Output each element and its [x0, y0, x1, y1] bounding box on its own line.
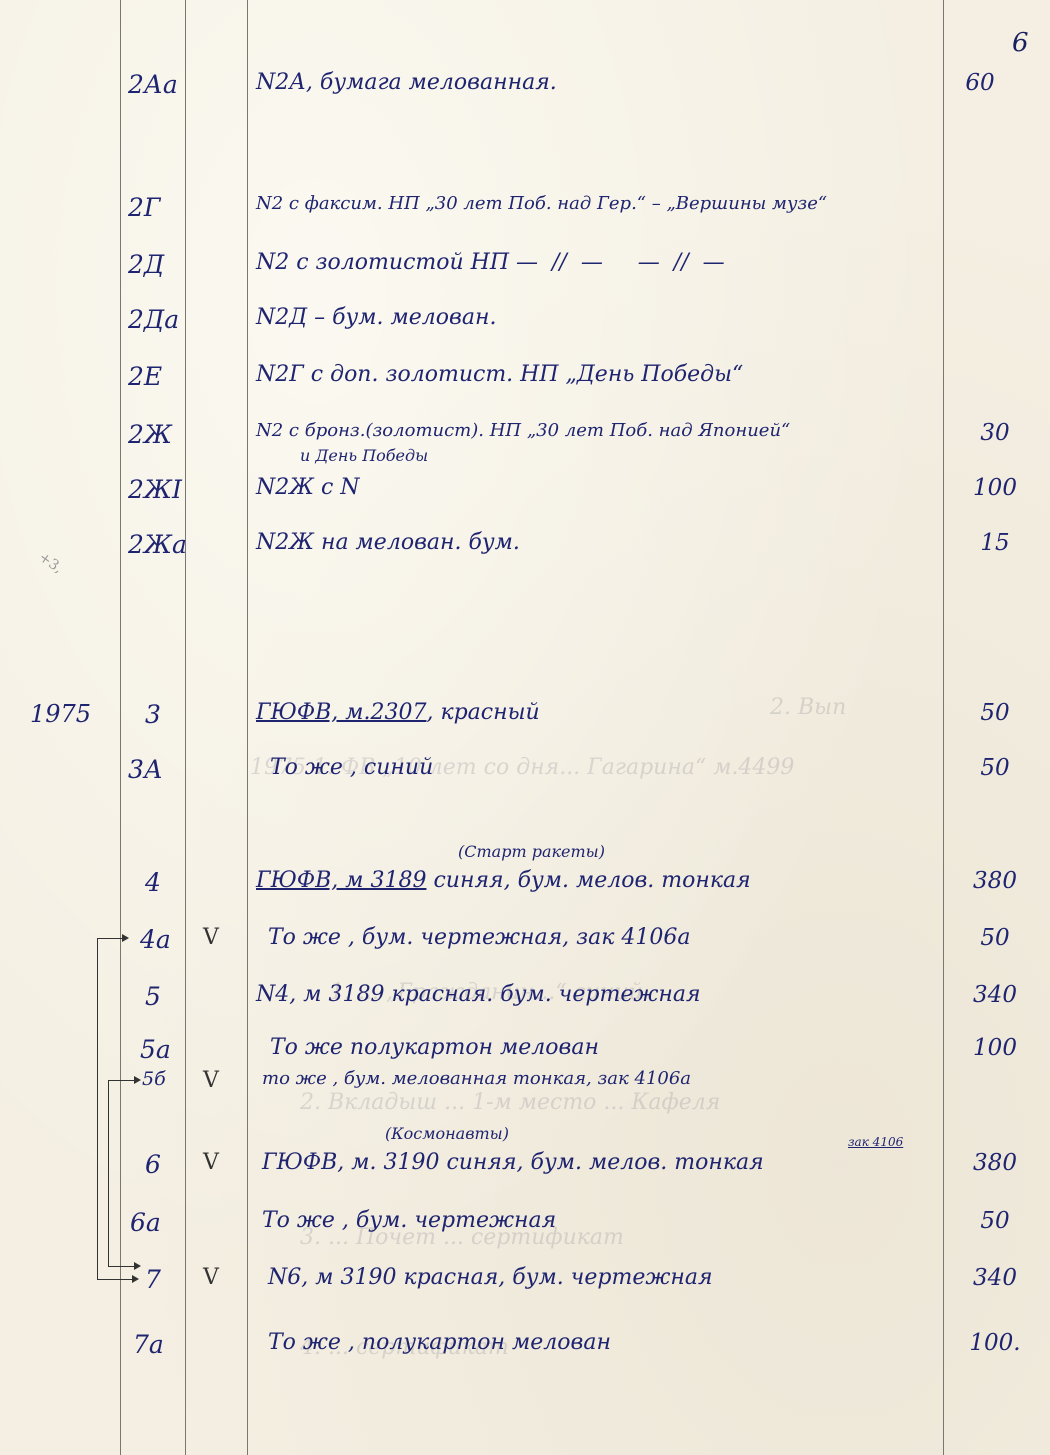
item-description: То же , бум. чертежная [262, 1208, 556, 1233]
item-description: N4, м 3189 красная. бум. чертежная [256, 982, 701, 1007]
checkmark: V [203, 1150, 219, 1175]
item-code: 7а [133, 1330, 164, 1359]
item-price: 50 [960, 1208, 1030, 1234]
item-description: N2 с факсим. НП „30 лет Поб. над Гер.“ –… [256, 193, 827, 214]
checkmark: V [203, 925, 219, 950]
item-code: 6а [130, 1208, 161, 1237]
item-description-rest: , красный [426, 700, 539, 725]
item-description: N2Ж с N [256, 475, 360, 500]
item-code: 2Аа [128, 70, 178, 99]
item-price: 30 [960, 420, 1030, 446]
item-code: 2Ж [128, 420, 172, 449]
item-code: 4а [140, 925, 171, 954]
bleed-through-text: 2. Вкладыш ... 1-м место ... Кафеля [300, 1090, 720, 1115]
item-description: N6, м 3190 красная, бум. чертежная [268, 1265, 713, 1290]
item-description: N2А, бумага мелованная. [256, 70, 557, 95]
item-title-underlined: ГЮФВ, м.2307 [256, 700, 426, 725]
item-price: 50 [960, 700, 1030, 726]
item-code: 2Г [128, 193, 160, 222]
item-price: 100. [960, 1330, 1030, 1356]
item-price: 50 [960, 925, 1030, 951]
page-number: 6 [1012, 28, 1029, 58]
column-rule-left [120, 0, 121, 1455]
column-rule-check [185, 0, 186, 1455]
item-description: ГЮФВ, м.2307, красный [256, 700, 540, 725]
item-price: 340 [960, 982, 1030, 1008]
item-code: 5 [145, 982, 161, 1011]
checkmark: V [203, 1265, 219, 1290]
item-description: То же , бум. чертежная, зак 4106а [268, 925, 691, 950]
arrow-icon [108, 1080, 135, 1081]
item-price: 15 [960, 530, 1030, 556]
item-code: 2ЖI [128, 475, 182, 504]
item-title-underlined: ГЮФВ, м 3189 [256, 868, 426, 893]
item-description-rest: синяя, бум. мелов. тонкая [426, 868, 750, 893]
item-note: (Космонавты) [385, 1124, 509, 1143]
item-price: 60 [945, 70, 1015, 96]
item-description: То же полукартон мелован [270, 1035, 599, 1060]
item-description: N2Ж на мелован. бум. [256, 530, 520, 555]
item-price: 380 [960, 1150, 1030, 1176]
item-description: То же , синий [270, 755, 433, 780]
item-code: 7 [145, 1265, 161, 1294]
item-year: 1975 [30, 700, 91, 728]
item-description: ГЮФВ, м 3189 синяя, бум. мелов. тонкая [256, 868, 751, 893]
item-code: 2Д [128, 250, 164, 279]
item-description: N2Д – бум. мелован. [256, 305, 496, 330]
item-price: 380 [960, 868, 1030, 894]
pencil-margin-note: +3, [36, 549, 66, 576]
item-code: 5а [140, 1035, 171, 1064]
item-note-order: зак 4106 [848, 1135, 903, 1149]
column-rule-description [247, 0, 248, 1455]
item-code: 2Жа [128, 530, 187, 559]
item-description: N2Г с доп. золотист. НП „День Победы“ [256, 362, 743, 387]
item-code: 2Е [128, 362, 162, 391]
item-code: 6 [145, 1150, 161, 1179]
item-description: то же , бум. мелованная тонкая, зак 4106… [262, 1068, 691, 1089]
arrow-icon [97, 1279, 133, 1280]
item-price: 100 [960, 475, 1030, 501]
arrow-icon [108, 1266, 135, 1267]
column-rule-price [943, 0, 944, 1455]
link-bracket-outer [97, 938, 98, 1280]
item-code: 2Да [128, 305, 179, 334]
item-description: То же , полукартон мелован [268, 1330, 611, 1355]
item-code: 3А [128, 755, 163, 784]
item-description: N2 с бронз.(золотист). НП „30 лет Поб. н… [256, 420, 790, 441]
item-description: ГЮФВ, м. 3190 синяя, бум. мелов. тонкая [262, 1150, 764, 1175]
item-description: N2 с золотистой НП — // — — // — [256, 250, 725, 275]
checkmark: V [203, 1068, 219, 1093]
item-price: 340 [960, 1265, 1030, 1291]
bleed-through-text: 2. Вып [770, 695, 846, 720]
item-code: 5б [142, 1068, 166, 1090]
item-price: 50 [960, 755, 1030, 781]
item-code: 4 [145, 868, 161, 897]
link-bracket-inner [108, 1080, 109, 1267]
item-note: (Старт ракеты) [458, 842, 605, 861]
item-price: 100 [960, 1035, 1030, 1061]
arrow-icon [97, 938, 123, 939]
item-code: 3 [145, 700, 161, 729]
item-note: и День Победы [300, 446, 428, 465]
